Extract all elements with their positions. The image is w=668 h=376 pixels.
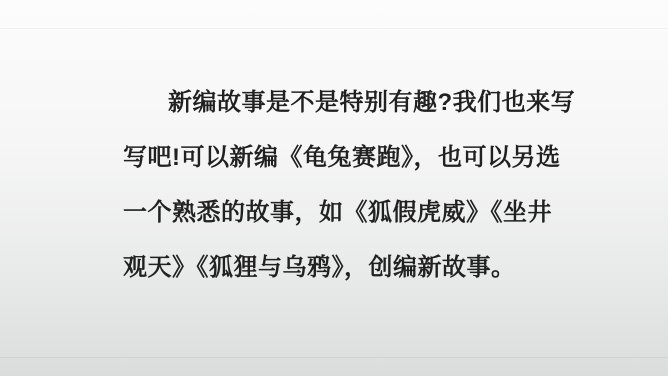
slide-top-edge-line (0, 28, 668, 29)
slide-canvas: 新编故事是不是特别有趣?我们也来写 写吧!可以新编《龟兔赛跑》，也可以另选 一个… (0, 0, 668, 376)
paragraph-line-1: 新编故事是不是特别有趣?我们也来写 (123, 75, 593, 130)
slide-body-text: 新编故事是不是特别有趣?我们也来写 写吧!可以新编《龟兔赛跑》，也可以另选 一个… (123, 75, 593, 295)
paragraph-line-3: 一个熟悉的故事，如《狐假虎威》《坐井 (123, 185, 593, 240)
paragraph-line-2: 写吧!可以新编《龟兔赛跑》，也可以另选 (123, 130, 593, 185)
slide-bottom-edge-line (0, 357, 668, 358)
paragraph-line-4: 观天》《狐狸与乌鸦》，创编新故事。 (123, 240, 593, 295)
